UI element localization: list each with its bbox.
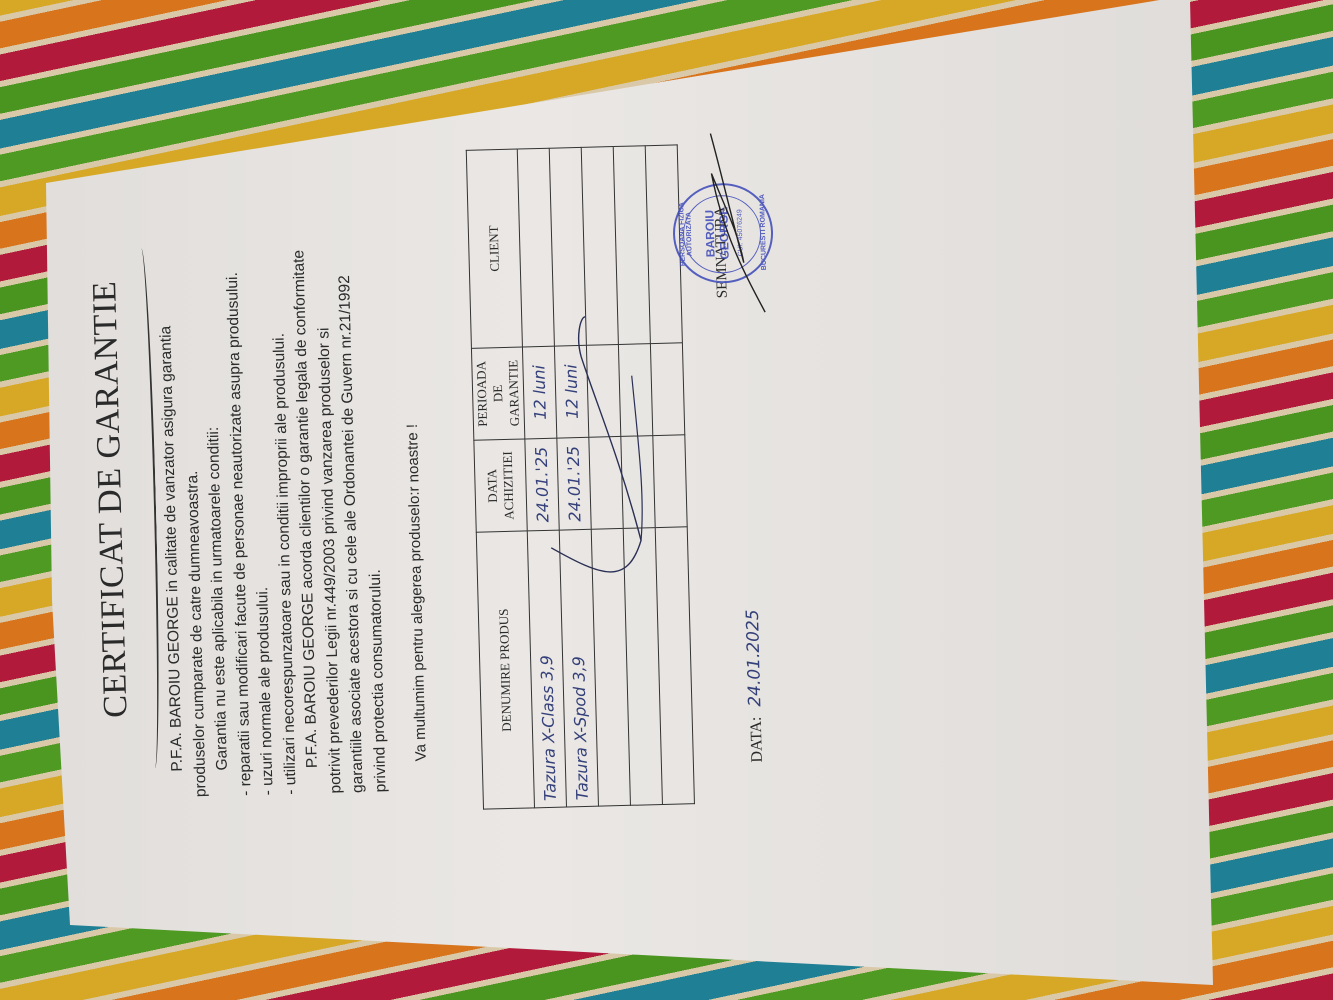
handwritten-signature xyxy=(70,111,810,890)
warranty-certificate: CERTIFICAT DE GARANTIE P.F.A. BAROIU GEO… xyxy=(70,111,810,890)
